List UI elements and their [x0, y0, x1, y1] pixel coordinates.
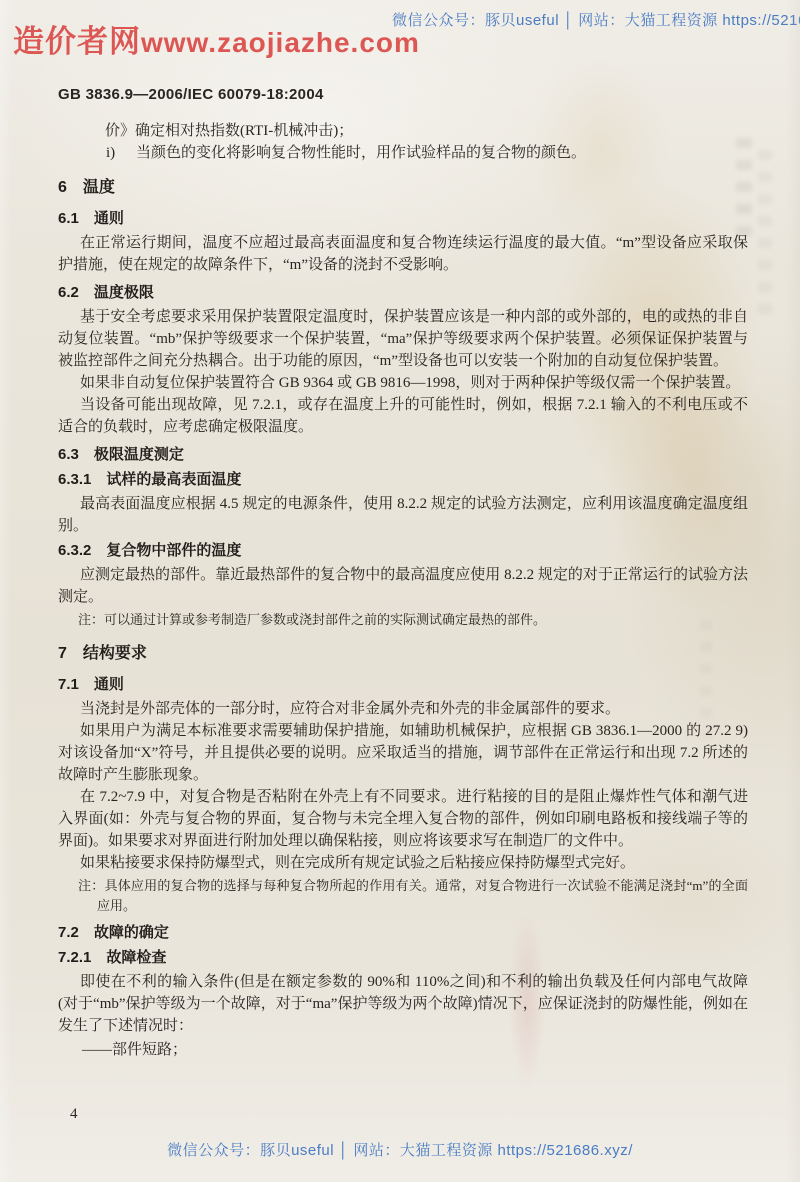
paragraph: 在 7.2~7.9 中，对复合物是否粘附在外壳上有不同要求。进行粘接的目的是阻止…: [58, 786, 748, 852]
paragraph: 即使在不利的输入条件(但是在额定参数的 90%和 110%之间)和不利的输出负载…: [58, 971, 748, 1037]
paragraph: 在正常运行期间，温度不应超过最高表面温度和复合物连续运行温度的最大值。“m”型设…: [58, 232, 748, 276]
subsection-heading-6-3: 6.3 极限温度测定: [58, 444, 748, 466]
paragraph: 最高表面温度应根据 4.5 规定的电源条件，使用 8.2.2 规定的试验方法测定…: [58, 493, 748, 537]
paragraph: 基于安全考虑要求采用保护装置限定温度时，保护装置应该是一种内部的或外部的，电的或…: [58, 306, 748, 372]
dash-list-item: ——部件短路；: [58, 1039, 748, 1061]
subsection-heading-7-2-1: 7.2.1 故障检查: [58, 947, 748, 969]
page-number: 4: [70, 1106, 78, 1123]
list-item-i: i) 当颜色的变化将影响复合物性能时，用作试验样品的复合物的颜色。: [58, 142, 748, 164]
list-item-text: 当颜色的变化将影响复合物性能时，用作试验样品的复合物的颜色。: [136, 145, 586, 161]
subsection-heading-6-2: 6.2 温度极限: [58, 282, 748, 304]
subsection-heading-7-2: 7.2 故障的确定: [58, 922, 748, 944]
watermark: 造价者网www.zaojiazhe.com: [13, 16, 420, 61]
paragraph: 如果用户为满足本标准要求需要辅助保护措施，如辅助机械保护，应根据 GB 3836…: [58, 720, 748, 786]
document-content: GB 3836.9—2006/IEC 60079-18:2004 价》确定相对热…: [58, 84, 748, 1061]
paragraph: 当设备可能出现故障，见 7.2.1，或存在温度上升的可能性时，例如，根据 7.2…: [58, 394, 748, 438]
promo-footer: 微信公众号：豚贝useful │ 网站：大猫工程资源 https://52168…: [0, 1139, 800, 1160]
list-item-marker: i): [106, 142, 115, 164]
note: 注：具体应用的复合物的选择与每种复合物所起的作用有关。通常，对复合物进行一次试验…: [58, 876, 748, 916]
continuation-line: 价》确定相对热指数(RTI-机械冲击)；: [105, 120, 748, 142]
paragraph: 当浇封是外部壳体的一部分时，应符合对非金属外壳和外壳的非金属部件的要求。: [58, 698, 748, 720]
section-heading-7: 7 结构要求: [58, 642, 748, 666]
paragraph: 如果非自动复位保护装置符合 GB 9364 或 GB 9816—1998，则对于…: [58, 372, 748, 394]
paragraph: 应测定最热的部件。靠近最热部件的复合物中的最高温度应使用 8.2.2 规定的对于…: [58, 564, 748, 608]
section-heading-6: 6 温度: [58, 176, 748, 200]
subsection-heading-6-1: 6.1 通则: [58, 208, 748, 230]
standard-code-header: GB 3836.9—2006/IEC 60079-18:2004: [58, 84, 748, 106]
subsection-heading-6-3-2: 6.3.2 复合物中部件的温度: [58, 540, 748, 562]
watermark-site-url: www.zaojiazhe.com: [141, 27, 420, 58]
paragraph: 如果粘接要求保持防爆型式，则在完成所有规定试验之后粘接应保持防爆型式完好。: [58, 852, 748, 874]
note: 注：可以通过计算或参考制造厂参数或浇封部件之前的实际测试确定最热的部件。: [58, 610, 748, 630]
watermark-site-name: 造价者网: [13, 24, 141, 59]
bleedthrough-ghost-marks: [758, 150, 772, 320]
promo-header: 微信公众号：豚贝useful │ 网站：大猫工程资源 https://52168…: [392, 9, 800, 30]
scanned-document-page: { "colors": { "watermark_red": "#da4340"…: [0, 0, 800, 1182]
subsection-heading-7-1: 7.1 通则: [58, 674, 748, 696]
subsection-heading-6-3-1: 6.3.1 试样的最高表面温度: [58, 469, 748, 491]
